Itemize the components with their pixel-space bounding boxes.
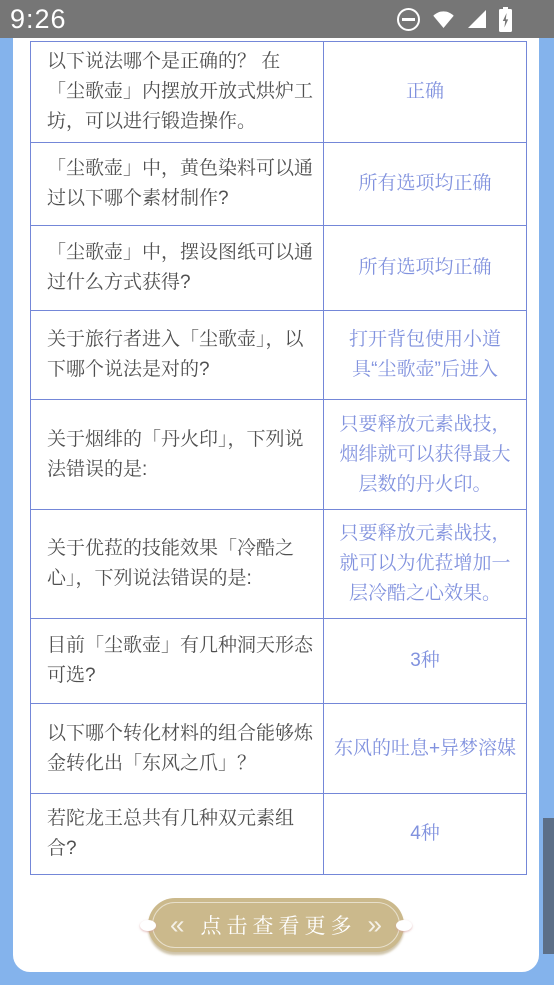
answer-cell: 所有选项均正确 <box>324 226 527 311</box>
question-cell: 若陀龙王总共有几种双元素组合? <box>31 794 324 875</box>
question-cell: 「尘歌壶」中，摆设图纸可以通过什么方式获得? <box>31 226 324 311</box>
double-chevron-left-icon: « <box>170 911 184 937</box>
table-row: 以下哪个转化材料的组合能够炼金转化出「东风之爪」？东风的吐息+异梦溶媒 <box>31 704 527 794</box>
question-cell: 关于优菈的技能效果「冷酷之心」，下列说法错误的是: <box>31 510 324 619</box>
status-bar-icons <box>397 7 554 32</box>
table-row: 「尘歌壶」中，黄色染料可以通过以下哪个素材制作?所有选项均正确 <box>31 143 527 226</box>
question-cell: 以下哪个转化材料的组合能够炼金转化出「东风之爪」？ <box>31 704 324 794</box>
right-end-dot <box>396 920 412 931</box>
cellular-signal-icon <box>467 9 487 29</box>
answer-cell: 只要释放元素战技，烟绯就可以获得最大层数的丹火印。 <box>324 400 527 510</box>
page-background: 以下说法哪个是正确的？ 在「尘歌壶」内摆放开放式烘炉工坊，可以进行锻造操作。正确… <box>0 38 554 985</box>
table-row: 若陀龙王总共有几种双元素组合?4种 <box>31 794 527 875</box>
table-row: 关于优菈的技能效果「冷酷之心」，下列说法错误的是:只要释放元素战技，就可以为优菈… <box>31 510 527 619</box>
view-more-label: 点击查看更多 <box>196 910 357 940</box>
do-not-disturb-icon <box>397 8 420 31</box>
question-cell: 关于烟绯的「丹火印」，下列说法错误的是: <box>31 400 324 510</box>
answer-cell: 正确 <box>324 42 527 143</box>
answer-cell: 东风的吐息+异梦溶媒 <box>324 704 527 794</box>
answer-cell: 只要释放元素战技，就可以为优菈增加一层冷酷之心效果。 <box>324 510 527 619</box>
status-bar: 9:26 <box>0 0 554 38</box>
double-chevron-right-icon: » <box>368 911 382 937</box>
question-cell: 以下说法哪个是正确的？ 在「尘歌壶」内摆放开放式烘炉工坊，可以进行锻造操作。 <box>31 42 324 143</box>
scrollbar-thumb[interactable] <box>543 818 554 954</box>
clock: 9:26 <box>10 4 67 35</box>
view-more-button[interactable]: « 点击查看更多 » <box>148 898 404 952</box>
question-cell: 「尘歌壶」中，黄色染料可以通过以下哪个素材制作? <box>31 143 324 226</box>
answer-cell: 3种 <box>324 619 527 704</box>
left-end-dot <box>140 920 156 931</box>
qa-table-body: 以下说法哪个是正确的？ 在「尘歌壶」内摆放开放式烘炉工坊，可以进行锻造操作。正确… <box>31 42 527 875</box>
wifi-icon <box>432 10 455 29</box>
table-row: 关于旅行者进入「尘歌壶」，以下哪个说法是对的?打开背包使用小道具“尘歌壶”后进入 <box>31 311 527 400</box>
answer-cell: 4种 <box>324 794 527 875</box>
question-cell: 目前「尘歌壶」有几种洞天形态可选? <box>31 619 324 704</box>
answer-cell: 打开背包使用小道具“尘歌壶”后进入 <box>324 311 527 400</box>
battery-charging-icon <box>499 7 512 32</box>
table-row: 目前「尘歌壶」有几种洞天形态可选?3种 <box>31 619 527 704</box>
table-row: 关于烟绯的「丹火印」，下列说法错误的是:只要释放元素战技，烟绯就可以获得最大层数… <box>31 400 527 510</box>
more-button-area: « 点击查看更多 » <box>13 898 539 952</box>
table-row: 以下说法哪个是正确的？ 在「尘歌壶」内摆放开放式烘炉工坊，可以进行锻造操作。正确 <box>31 42 527 143</box>
table-row: 「尘歌壶」中，摆设图纸可以通过什么方式获得?所有选项均正确 <box>31 226 527 311</box>
question-cell: 关于旅行者进入「尘歌壶」，以下哪个说法是对的? <box>31 311 324 400</box>
qa-table: 以下说法哪个是正确的？ 在「尘歌壶」内摆放开放式烘炉工坊，可以进行锻造操作。正确… <box>30 41 527 875</box>
answer-cell: 所有选项均正确 <box>324 143 527 226</box>
content-card: 以下说法哪个是正确的？ 在「尘歌壶」内摆放开放式烘炉工坊，可以进行锻造操作。正确… <box>13 38 539 972</box>
